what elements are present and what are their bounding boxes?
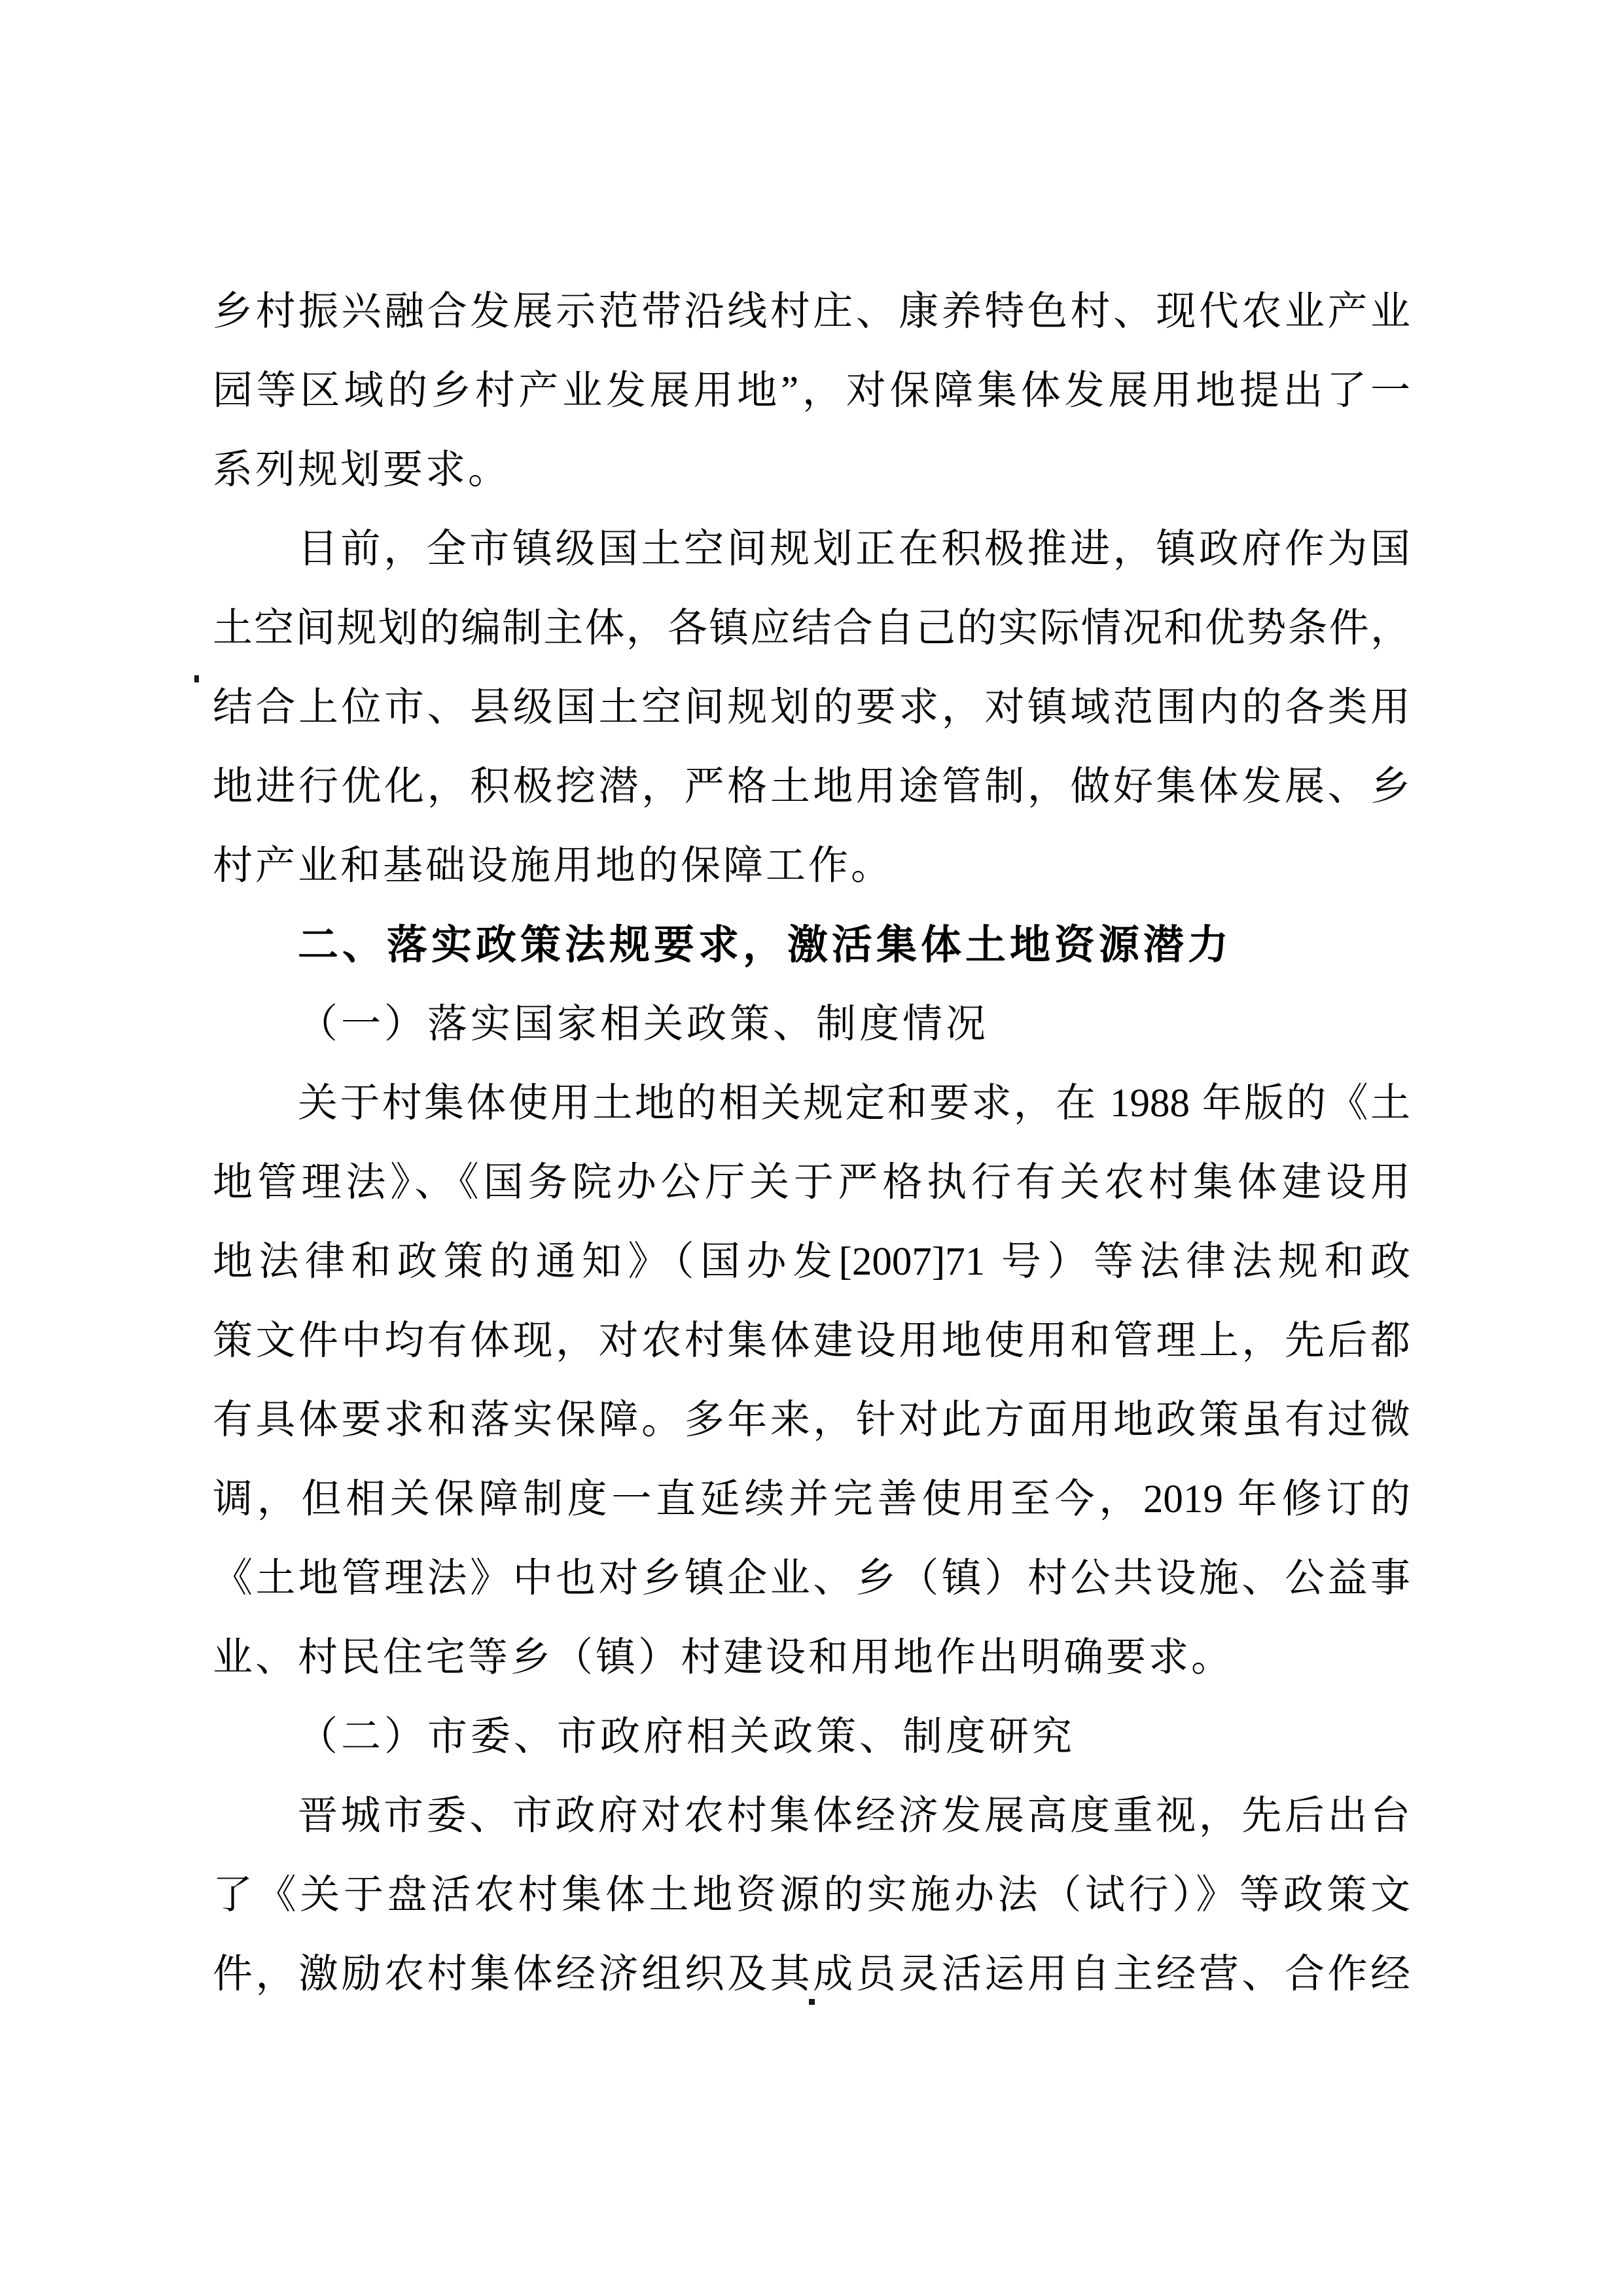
text-line: 目前，全市镇级国土空间规划正在积极推进，镇政府作为国: [213, 510, 1410, 589]
text-line: 策文件中均有体现，对农村集体建设用地使用和管理上，先后都: [213, 1301, 1410, 1381]
text-line: 关于村集体使用土地的相关规定和要求，在 1988 年版的《土: [213, 1064, 1410, 1143]
text-line: 晋城市委、市政府对农村集体经济发展高度重视，先后出台: [213, 1776, 1410, 1856]
text-line: 乡村振兴融合发展示范带沿线村庄、康养特色村、现代农业产业: [213, 272, 1410, 351]
text-line: 地管理法》、《国务院办公厅关于严格执行有关农村集体建设用: [213, 1143, 1410, 1222]
text-line: 地法律和政策的通知》（国办发[2007]71 号）等法律法规和政: [213, 1222, 1410, 1301]
text-line: 结合上位市、县级国土空间规划的要求，对镇域范围内的各类用: [213, 668, 1410, 747]
document-page: 乡村振兴融合发展示范带沿线村庄、康养特色村、现代农业产业 园等区域的乡村产业发展…: [0, 0, 1623, 2296]
text-line: 园等区域的乡村产业发展用地”，对保障集体发展用地提出了一: [213, 351, 1410, 431]
text-block: 乡村振兴融合发展示范带沿线村庄、康养特色村、现代农业产业 园等区域的乡村产业发展…: [213, 272, 1410, 2014]
text-line: 《土地管理法》中也对乡镇企业、乡（镇）村公共设施、公益事: [213, 1539, 1410, 1618]
text-line: 系列规划要求。: [213, 431, 1410, 510]
text-line: 地进行优化，积极挖潜，严格土地用途管制，做好集体发展、乡: [213, 747, 1410, 826]
text-line: 有具体要求和落实保障。多年来，针对此方面用地政策虽有过微: [213, 1381, 1410, 1460]
scan-speck: [194, 675, 199, 682]
text-line: 业、村民住宅等乡（镇）村建设和用地作出明确要求。: [213, 1618, 1410, 1697]
text-line: 了《关于盘活农村集体土地资源的实施办法（试行）》等政策文: [213, 1856, 1410, 1935]
text-line: 村产业和基础设施用地的保障工作。: [213, 826, 1410, 906]
section-heading: 二、落实政策法规要求，激活集体土地资源潜力: [213, 906, 1410, 985]
text-line: 调，但相关保障制度一直延续并完善使用至今，2019 年修订的: [213, 1460, 1410, 1539]
scan-speck: [809, 1999, 815, 2005]
text-line: 土空间规划的编制主体，各镇应结合自己的实际情况和优势条件，: [213, 589, 1410, 668]
subsection-heading: （一）落实国家相关政策、制度情况: [213, 985, 1410, 1064]
subsection-heading: （二）市委、市政府相关政策、制度研究: [213, 1697, 1410, 1776]
